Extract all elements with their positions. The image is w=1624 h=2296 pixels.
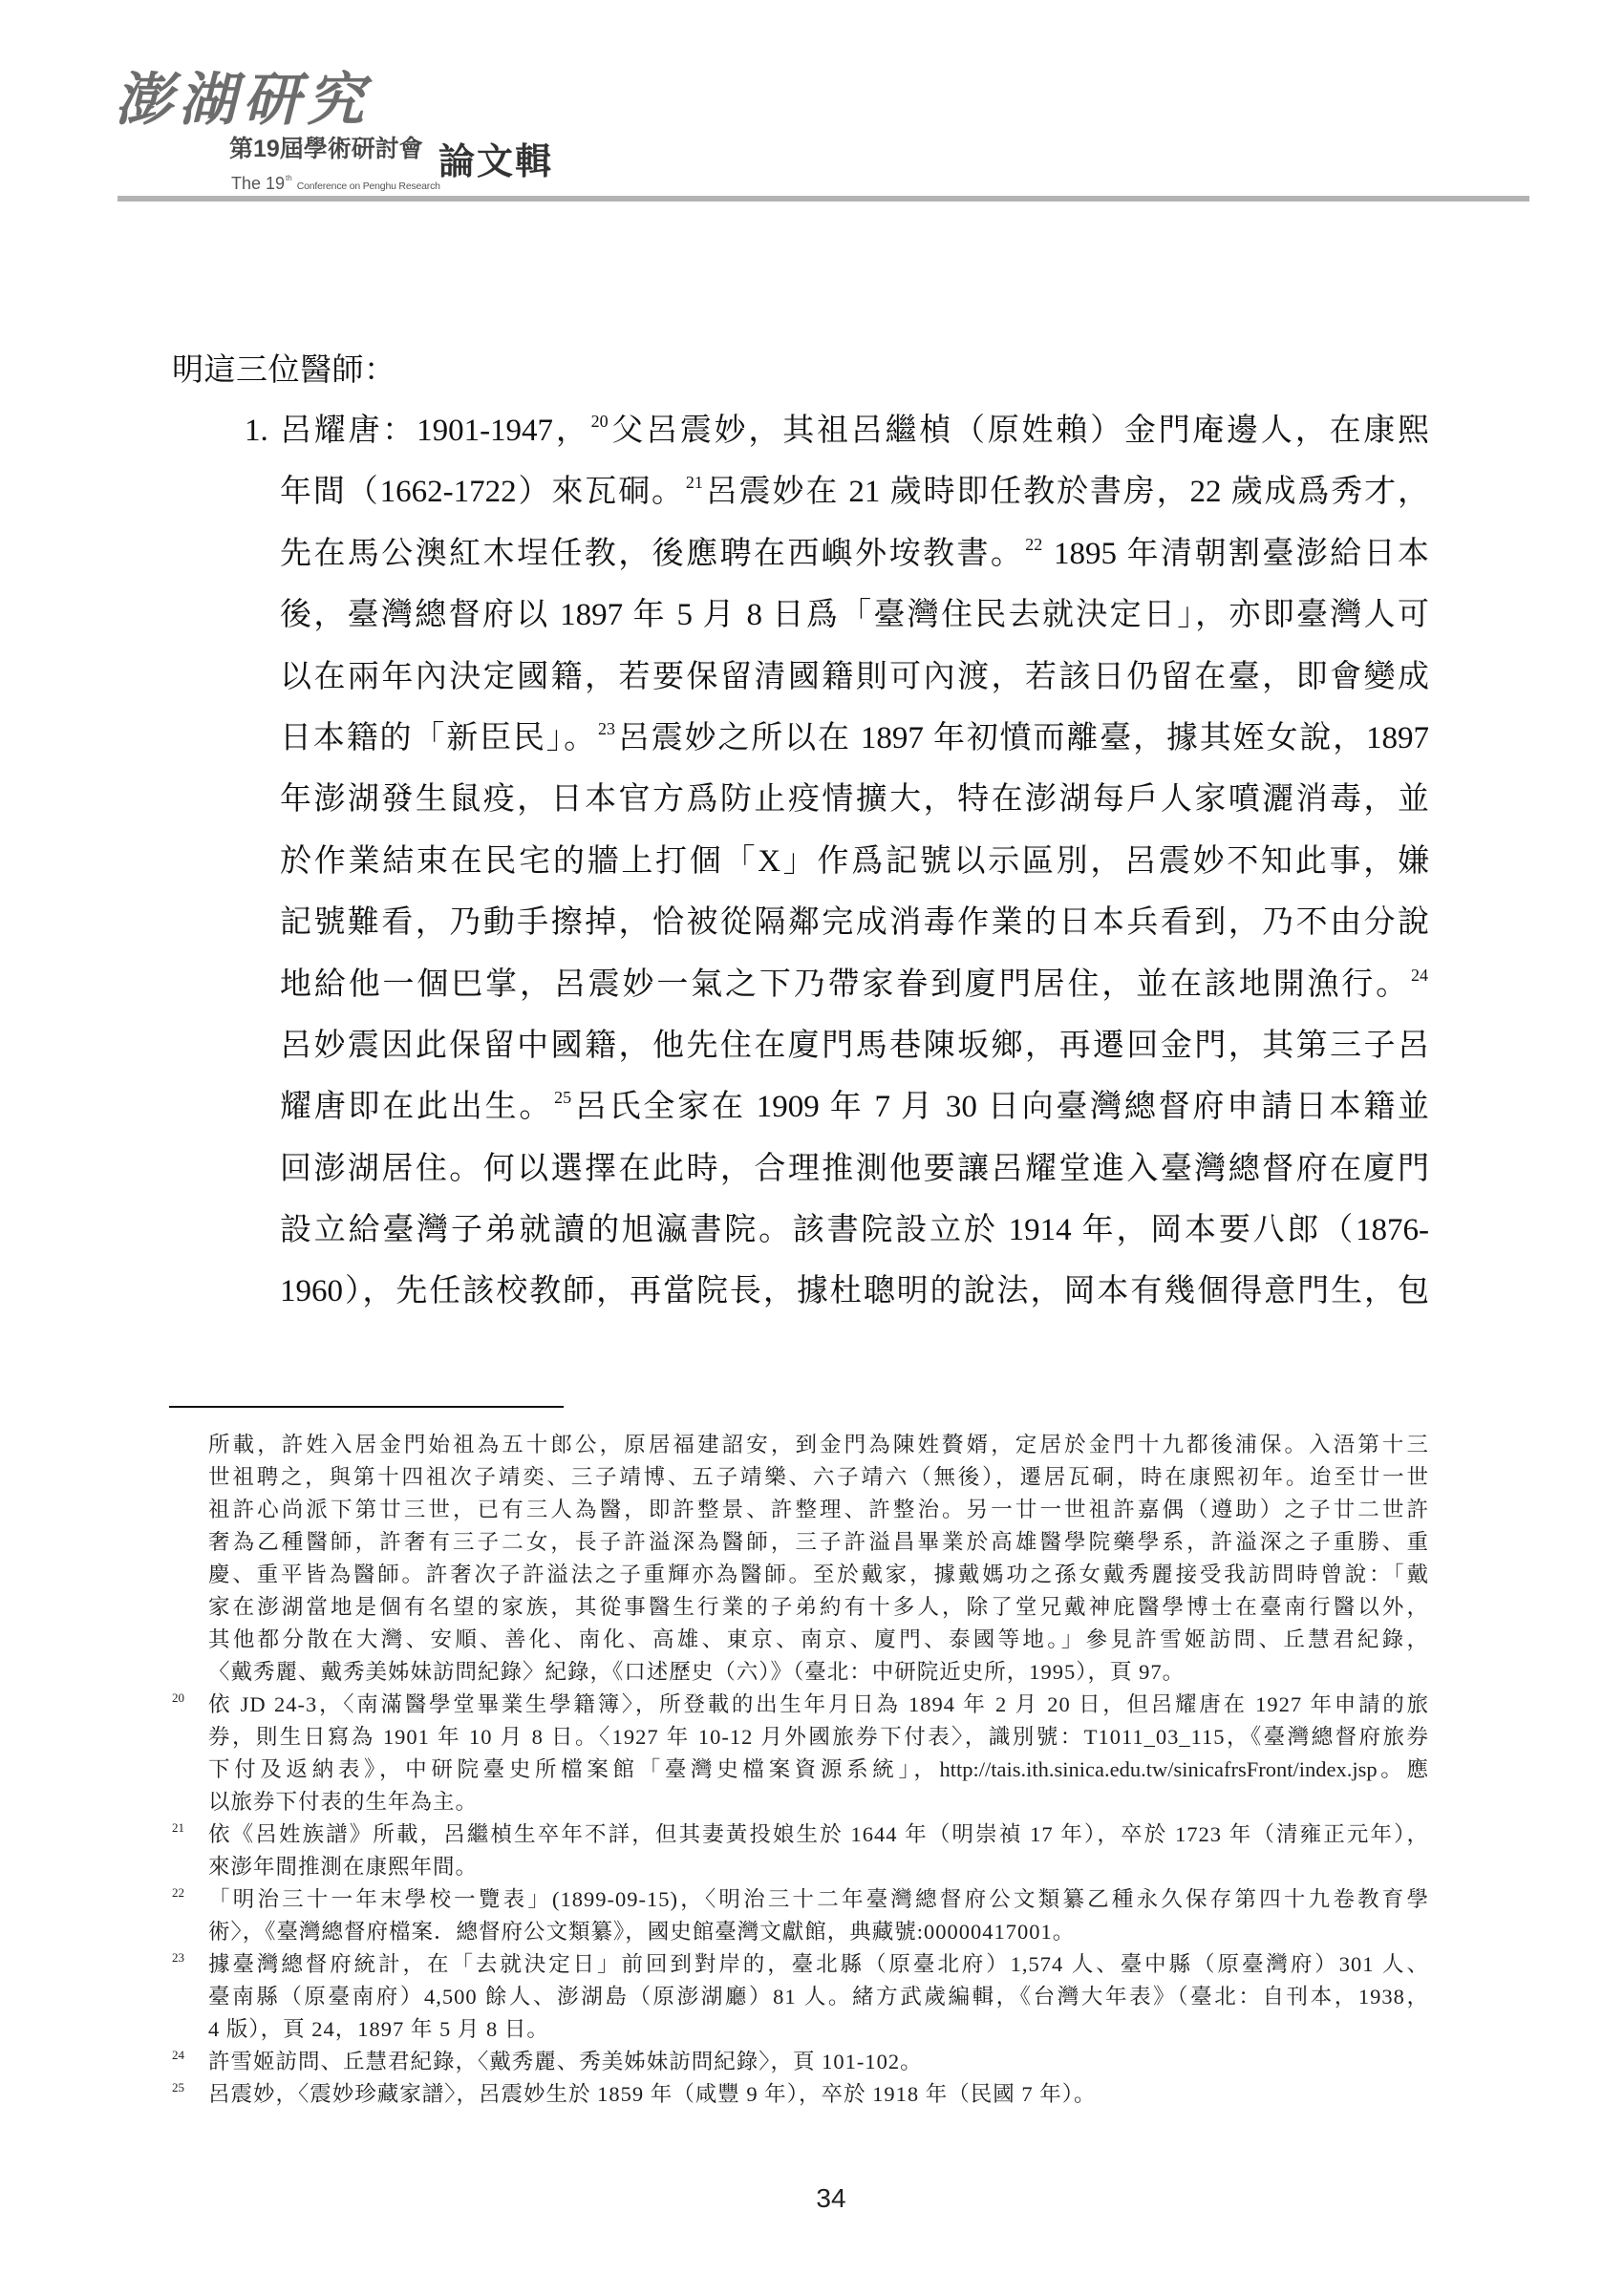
list-item-body: 呂耀唐：1901-1947，20父呂震妙，其祖呂繼楨（原姓賴）金門庵邊人，在康熙… <box>280 400 1429 1323</box>
text-run: 地給他一個巴掌，呂震妙一氣之下乃帶家眷到廈門居住，並在該地開漁行。 <box>280 967 1410 1002</box>
footnote-continuation: 所載，許姓入居金門始祖為五十郎公，原居福建詔安，到金門為陳姓贅婿，定居於金門十九… <box>208 1429 1429 1689</box>
footnotes: 所載，許姓入居金門始祖為五十郎公，原居福建詔安，到金門為陳姓贅婿，定居於金門十九… <box>208 1429 1429 2111</box>
conference-en-prefix: The 19 <box>231 174 285 193</box>
text-run: 以在兩年內決定國籍，若要保留清國籍則可內渡，若該日仍留在臺，即會變成 <box>280 660 1429 694</box>
text-run: 呂氏全家在 1909 年 7 月 30 日向臺灣總督府申請日本籍並 <box>572 1090 1429 1124</box>
footnote-number: 22 <box>172 1885 184 1901</box>
footnote-line: 祖許心尚派下第廿三世，已有三人為醫，即許整景、許整理、許整治。另一廿一世祖許嘉偶… <box>208 1494 1429 1526</box>
text-run: 1960），先任該校教師，再當院長，據杜聰明的說法，岡本有幾個得意門生，包 <box>280 1274 1429 1308</box>
footnote-ref: 22 <box>1025 535 1042 554</box>
footnote-line: 許雪姬訪問、丘慧君紀錄，〈戴秀麗、秀美姊妹訪問紀錄〉，頁 101-102。 <box>208 2046 1429 2078</box>
body-line: 年澎湖發生鼠疫，日本官方爲防止疫情擴大，特在澎湖每戶人家噴灑消毒，並 <box>280 769 1429 830</box>
footnote-number: 25 <box>172 2080 184 2095</box>
footnote-separator <box>169 1406 564 1408</box>
text-run: 先在馬公澳紅木埕任教，後應聘在西嶼外垵教書。 <box>280 537 1024 571</box>
footnote-21: 21 依《呂姓族譜》所載，呂繼楨生卒年不詳，但其妻黃投娘生於 1644 年（明崇… <box>208 1818 1429 1883</box>
conference-en-suffix: Conference on Penghu Research <box>297 181 440 192</box>
conference-title-zh: 第19屆學術研討會 <box>229 136 423 162</box>
text-run: 耀唐即在此出生。 <box>280 1090 553 1124</box>
conference-title-en: The 19thConference on Penghu Research <box>231 169 440 196</box>
conference-en-ordinal: th <box>286 174 292 182</box>
body-line: 1960），先任該校教師，再當院長，據杜聰明的說法，岡本有幾個得意門生，包 <box>280 1261 1429 1322</box>
footnote-line: 術〉，《臺灣總督府檔案．總督府公文類纂》，國史館臺灣文獻館，典藏號:000004… <box>208 1916 1429 1948</box>
text-run: 下付及返納表》，中研院臺史所檔案館「臺灣史檔案資源系統」， <box>208 1757 940 1781</box>
footnote-line: 據臺灣總督府統計，在「去就決定日」前回到對岸的，臺北縣（原臺北府）1,574 人… <box>208 1948 1429 1981</box>
footnote-line: 依 JD 24-3，〈南滿醫學堂畢業生學籍簿〉，所登載的出生年月日為 1894 … <box>208 1689 1429 1721</box>
footnote-line: 世祖聘之，與第十四祖次子靖奕、三子靖博、五子靖樂、六子靖六（無後），遷居瓦硐，時… <box>208 1461 1429 1494</box>
collection-title: 論文輯 <box>438 142 553 182</box>
text-run: 父呂震妙，其祖呂繼楨（原姓賴）金門庵邊人，在康熙 <box>609 414 1429 448</box>
body-line: 回澎湖居住。何以選擇在此時，合理推測他要讓呂耀堂進入臺灣總督府在廈門 <box>280 1138 1429 1200</box>
body-line: 地給他一個巴掌，呂震妙一氣之下乃帶家眷到廈門居住，並在該地開漁行。24 <box>280 954 1429 1015</box>
intro-line: 明這三位醫師： <box>172 340 396 401</box>
text-run: 記號難看，乃動手擦掉，恰被從隔鄰完成消毒作業的日本兵看到，乃不由分說 <box>280 905 1429 940</box>
footnote-ref: 24 <box>1411 966 1428 985</box>
text-run: 1895 年清朝割臺澎給日本 <box>1043 537 1429 571</box>
body-line: 記號難看，乃動手擦掉，恰被從隔鄰完成消毒作業的日本兵看到，乃不由分說 <box>280 892 1429 953</box>
footnote-line: 以旅券下付表的生年為主。 <box>208 1786 1429 1818</box>
body-line: 呂耀唐：1901-1947，20父呂震妙，其祖呂繼楨（原姓賴）金門庵邊人，在康熙 <box>280 400 1429 461</box>
body-line: 先在馬公澳紅木埕任教，後應聘在西嶼外垵教書。22 1895 年清朝割臺澎給日本 <box>280 523 1429 585</box>
footnote-line: 來澎年間推測在康熙年間。 <box>208 1851 1429 1883</box>
body-line: 以在兩年內決定國籍，若要保留清國籍則可內渡，若該日仍留在臺，即會變成 <box>280 647 1429 708</box>
footnote-line: 〈戴秀麗、戴秀美姊妹訪問紀錄〉紀錄，《口述歷史（六）》（臺北：中研院近史所，19… <box>208 1656 1429 1689</box>
footnote-line: 慶、重平皆為醫師。許奢次子許溢法之子重輝亦為醫師。至於戴家，據戴媽功之孫女戴秀麗… <box>208 1559 1429 1591</box>
text-run: 呂震妙之所以在 1897 年初憤而離臺，據其姪女說，1897 <box>616 721 1429 755</box>
footnote-ref: 20 <box>591 412 609 431</box>
journal-logo-calligraphy: 澎湖研究 <box>115 69 371 132</box>
footnote-number: 23 <box>172 1950 184 1966</box>
body-line: 於作業結束在民宅的牆上打個「X」作爲記號以示區別，呂震妙不知此事，嫌 <box>280 831 1429 892</box>
footnote-line: 依《呂姓族譜》所載，呂繼楨生卒年不詳，但其妻黃投娘生於 1644 年（明崇禎 1… <box>208 1818 1429 1851</box>
body-line: 設立給臺灣子弟就讀的旭瀛書院。該書院設立於 1914 年，岡本要八郎（1876- <box>280 1200 1429 1261</box>
footnote-number: 21 <box>172 1820 184 1836</box>
body-line: 日本籍的「新臣民」。23呂震妙之所以在 1897 年初憤而離臺，據其姪女說，18… <box>280 708 1429 769</box>
footnote-23: 23 據臺灣總督府統計，在「去就決定日」前回到對岸的，臺北縣（原臺北府）1,57… <box>208 1948 1429 2046</box>
footnote-line: 臺南縣（原臺南府）4,500 餘人、澎湖島（原澎湖廳）81 人。緒方武歲編輯，《… <box>208 1981 1429 2013</box>
footnote-number: 20 <box>172 1690 184 1706</box>
footnote-line: 呂震妙，〈震妙珍藏家譜〉，呂震妙生於 1859 年（咸豐 9 年），卒於 191… <box>208 2078 1429 2111</box>
text-run: 後，臺灣總督府以 1897 年 5 月 8 日爲「臺灣住民去就決定日」，亦即臺灣… <box>280 598 1429 632</box>
text-run: 年間（1662-1722）來瓦硐。 <box>280 475 685 509</box>
footnote-line: 「明治三十一年末學校一覽表」(1899-09-15)，〈明治三十二年臺灣總督府公… <box>208 1883 1429 1916</box>
text-run: 呂耀唐：1901-1947， <box>280 414 590 448</box>
footnote-line: 家在澎湖當地是個有名望的家族，其從事醫生行業的子弟約有十多人，除了堂兄戴神庇醫學… <box>208 1591 1429 1624</box>
footnote-24: 24 許雪姬訪問、丘慧君紀錄，〈戴秀麗、秀美姊妹訪問紀錄〉，頁 101-102。 <box>208 2046 1429 2078</box>
footnote-ref: 25 <box>554 1088 571 1107</box>
footnote-ref: 23 <box>598 719 615 738</box>
footnote-line: 券，則生日寫為 1901 年 10 月 8 日。〈1927 年 10-12 月外… <box>208 1721 1429 1754</box>
footnote-line: 所載，許姓入居金門始祖為五十郎公，原居福建詔安，到金門為陳姓贅婿，定居於金門十九… <box>208 1429 1429 1461</box>
footnote-line: 其他都分散在大灣、安順、善化、南化、高雄、東京、南京、廈門、泰國等地。」參見許雪… <box>208 1624 1429 1656</box>
text-run: 日本籍的「新臣民」。 <box>280 721 597 755</box>
body-line: 呂妙震因此保留中國籍，他先住在廈門馬巷陳坂鄉，再遷回金門，其第三子呂 <box>280 1015 1429 1076</box>
body-line: 耀唐即在此出生。25呂氏全家在 1909 年 7 月 30 日向臺灣總督府申請日… <box>280 1076 1429 1137</box>
text-run: 年澎湖發生鼠疫，日本官方爲防止疫情擴大，特在澎湖每戶人家噴灑消毒，並 <box>280 782 1429 817</box>
footnote-25: 25 呂震妙，〈震妙珍藏家譜〉，呂震妙生於 1859 年（咸豐 9 年），卒於 … <box>208 2078 1429 2111</box>
footnote-number: 24 <box>172 2048 184 2063</box>
footnote-line: 奢為乙種醫師，許奢有三子二女，長子許溢深為醫師，三子許溢昌畢業於高雄醫學院藥學系… <box>208 1526 1429 1559</box>
footnote-line: 下付及返納表》，中研院臺史所檔案館「臺灣史檔案資源系統」，http://tais… <box>208 1754 1429 1786</box>
text-run: 呂妙震因此保留中國籍，他先住在廈門馬巷陳坂鄉，再遷回金門，其第三子呂 <box>280 1029 1429 1063</box>
document-page: 澎湖研究 第19屆學術研討會 The 19thConference on Pen… <box>0 0 1624 2296</box>
text-run: 回澎湖居住。何以選擇在此時，合理推測他要讓呂耀堂進入臺灣總督府在廈門 <box>280 1152 1429 1186</box>
footnote-line: 4 版），頁 24，1897 年 5 月 8 日。 <box>208 2013 1429 2046</box>
text-run: 於作業結束在民宅的牆上打個「X」作爲記號以示區別，呂震妙不知此事，嫌 <box>280 844 1429 879</box>
text-run: 。應 <box>1378 1757 1429 1781</box>
body-line: 年間（1662-1722）來瓦硐。21呂震妙在 21 歲時即任教於書房，22 歲… <box>280 461 1429 522</box>
page-number: 34 <box>783 2181 879 2216</box>
footnote-20: 20 依 JD 24-3，〈南滿醫學堂畢業生學籍簿〉，所登載的出生年月日為 18… <box>208 1689 1429 1818</box>
header-divider-bar <box>118 196 1529 202</box>
list-item-number: 1. <box>245 400 268 461</box>
text-run: 呂震妙在 21 歲時即任教於書房，22 歲成爲秀才， <box>704 475 1429 509</box>
footnote-22: 22 「明治三十一年末學校一覽表」(1899-09-15)，〈明治三十二年臺灣總… <box>208 1883 1429 1948</box>
footnote-ref: 21 <box>686 473 703 492</box>
text-run: 設立給臺灣子弟就讀的旭瀛書院。該書院設立於 1914 年，岡本要八郎（1876- <box>280 1213 1429 1247</box>
url-link[interactable]: http://tais.ith.sinica.edu.tw/sinicafrsF… <box>940 1757 1378 1781</box>
body-line: 後，臺灣總督府以 1897 年 5 月 8 日爲「臺灣住民去就決定日」，亦即臺灣… <box>280 585 1429 646</box>
